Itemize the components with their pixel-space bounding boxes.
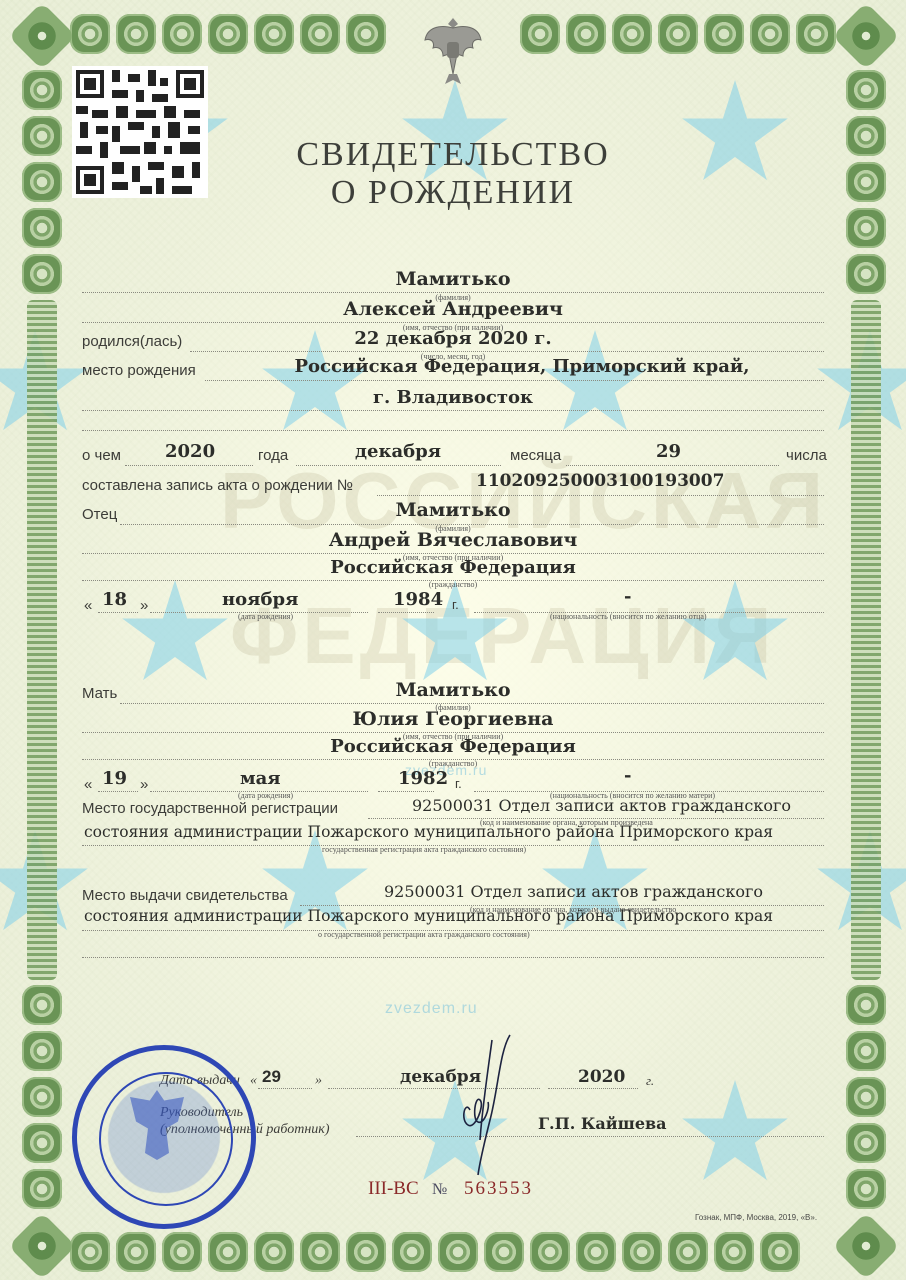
watermark-text: zvezdem.ru bbox=[385, 1000, 478, 1018]
father-nationality: - bbox=[624, 586, 631, 607]
father-year-suffix: г. bbox=[452, 597, 459, 612]
father-day-close-quote: » bbox=[140, 597, 148, 614]
border-right-band bbox=[851, 300, 881, 980]
issue-day-close-quote: » bbox=[315, 1073, 322, 1089]
serial-series: III-ВС bbox=[368, 1178, 419, 1200]
mother-birth-year: 1982 bbox=[398, 768, 448, 789]
registration-line1: 92500031 Отдел записи актов гражданского bbox=[412, 796, 791, 815]
official-stamp bbox=[72, 1045, 256, 1229]
father-name: Андрей Вячеславович bbox=[329, 529, 578, 551]
record-number: 110209250003100193007 bbox=[476, 471, 724, 491]
issue-day-open-quote: « bbox=[250, 1073, 257, 1089]
mother-label: Мать bbox=[82, 685, 117, 702]
month-label: месяца bbox=[510, 447, 561, 464]
mother-birth-month: мая bbox=[240, 768, 281, 789]
mother-birth-caption: (дата рождения) bbox=[238, 791, 293, 800]
line bbox=[125, 465, 253, 466]
border-right-lower bbox=[846, 985, 886, 1209]
serial-number-sign: № bbox=[432, 1181, 447, 1199]
issue-day: 29 bbox=[262, 1067, 281, 1087]
born-label: родился(лась) bbox=[82, 333, 182, 350]
border-left-band bbox=[27, 300, 57, 980]
issuance-caption2: о государственной регистрации акта гражд… bbox=[318, 930, 530, 939]
line bbox=[98, 791, 138, 792]
border-bottom bbox=[70, 1232, 800, 1272]
line bbox=[205, 380, 824, 381]
line bbox=[377, 495, 824, 496]
year-label: года bbox=[258, 447, 288, 464]
serial-number: 563553 bbox=[464, 1178, 533, 1200]
document-title-line1: СВИДЕТЕЛЬСТВО bbox=[0, 136, 906, 174]
record-number-label: составлена запись акта о рождении № bbox=[82, 477, 353, 494]
issuance-line1: 92500031 Отдел записи актов гражданского bbox=[384, 882, 763, 901]
line bbox=[566, 465, 779, 466]
line bbox=[378, 612, 434, 613]
father-surname: Мамитько bbox=[395, 499, 510, 521]
registration-label: Место государственной регистрации bbox=[82, 800, 338, 817]
line bbox=[82, 430, 824, 431]
record-year: 2020 bbox=[165, 441, 215, 462]
mother-surname: Мамитько bbox=[395, 679, 510, 701]
line bbox=[82, 957, 824, 958]
issue-year: 2020 bbox=[578, 1067, 625, 1087]
mother-nationality: - bbox=[624, 765, 631, 786]
registration-caption2: государственная регистрация акта граждан… bbox=[322, 845, 526, 854]
mother-birth-day: 19 bbox=[102, 768, 127, 789]
background-word-2: ФЕДЕРАЦИЯ bbox=[230, 590, 776, 682]
line bbox=[296, 465, 501, 466]
mother-day-close-quote: » bbox=[140, 776, 148, 793]
father-birth-caption: (дата рождения) bbox=[238, 612, 293, 621]
child-surname: Мамитько bbox=[395, 268, 510, 290]
record-month: декабря bbox=[355, 441, 441, 462]
border-top bbox=[70, 14, 386, 54]
line bbox=[378, 791, 434, 792]
child-birthplace-line2: г. Владивосток bbox=[373, 387, 533, 408]
father-citizenship-caption: (гражданство) bbox=[429, 580, 477, 589]
printer-note: Гознак, МПФ, Москва, 2019, «В». bbox=[695, 1213, 817, 1222]
father-birth-day: 18 bbox=[102, 589, 127, 610]
issuance-line2: состояния администрации Пожарского муниц… bbox=[84, 907, 773, 925]
line bbox=[356, 1136, 824, 1137]
birthplace-label: место рождения bbox=[82, 362, 196, 379]
about-label: о чем bbox=[82, 447, 121, 464]
registration-line2: состояния администрации Пожарского муниц… bbox=[84, 823, 773, 841]
father-day-open-quote: « bbox=[84, 597, 92, 614]
father-birth-year: 1984 bbox=[393, 589, 443, 610]
record-day: 29 bbox=[656, 441, 681, 462]
child-birth-date: 22 декабря 2020 г. bbox=[354, 328, 551, 349]
mother-citizenship-caption: (гражданство) bbox=[429, 759, 477, 768]
child-birthplace-line1: Российская Федерация, Приморский край, bbox=[294, 356, 749, 377]
official-name: Г.П. Кайшева bbox=[538, 1114, 667, 1133]
mother-day-open-quote: « bbox=[84, 776, 92, 793]
border-top-right bbox=[520, 14, 836, 54]
mother-citizenship: Российская Федерация bbox=[330, 736, 576, 757]
document-title-line2: О РОЖДЕНИИ bbox=[0, 174, 906, 212]
coat-of-arms-icon bbox=[421, 14, 485, 88]
child-name: Алексей Андреевич bbox=[343, 298, 563, 320]
line bbox=[120, 524, 824, 525]
issue-year-suffix: г. bbox=[646, 1073, 654, 1089]
father-birth-month: ноября bbox=[222, 589, 298, 610]
signature bbox=[440, 1030, 530, 1180]
line bbox=[258, 1088, 312, 1089]
mother-name: Юлия Георгиевна bbox=[352, 708, 553, 730]
father-label: Отец bbox=[82, 506, 117, 523]
line bbox=[548, 1088, 638, 1089]
mother-year-suffix: г. bbox=[455, 776, 462, 791]
line bbox=[98, 612, 138, 613]
line bbox=[82, 410, 824, 411]
father-nationality-caption: (национальность (вносится по желанию отц… bbox=[550, 612, 707, 621]
issuance-label: Место выдачи свидетельства bbox=[82, 887, 288, 904]
day-label: числа bbox=[786, 447, 827, 464]
border-left-lower bbox=[22, 985, 62, 1209]
line bbox=[120, 703, 824, 704]
line bbox=[190, 351, 824, 352]
father-citizenship: Российская Федерация bbox=[330, 557, 576, 578]
